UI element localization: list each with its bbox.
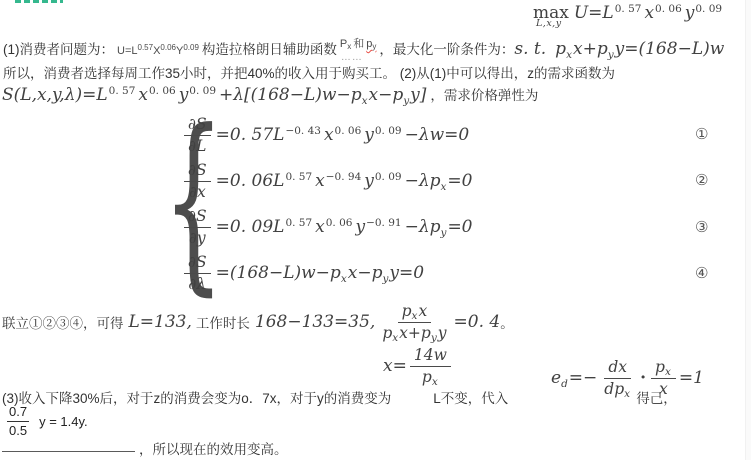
fraction-denominator: px [418, 367, 443, 387]
equation-2: ∂S∂x =0. 06L0. 57x−0. 94y0. 09−λpx=0 [181, 160, 472, 202]
lagrangian-line: S(L,x,y,λ)=L0. 57x0. 06y0. 09+λ[(168−L)w… [2, 84, 538, 105]
superscript: 0. 09 [375, 171, 402, 183]
subscript: y [382, 273, 388, 285]
math-fragment: x+p [399, 324, 431, 342]
elasticity-lhs: ed=− [551, 368, 597, 388]
math-fragment: U=L [117, 45, 138, 57]
objective-function: maxL,x,yU=L0. 57x0. 06y0. 09 [533, 3, 723, 23]
math-fragment: x [324, 125, 334, 145]
paragraph-1-tail: ，最大化一阶条件为： [379, 38, 514, 58]
utility-inline-formula: U=L0.57X0.06Y0.09 [117, 45, 199, 57]
page-right-edge [745, 0, 751, 460]
blank-underline [2, 451, 135, 452]
subscript: y [608, 49, 614, 61]
math-fragment: x [418, 302, 427, 320]
subscript: x [441, 181, 447, 193]
fraction-numerator: ∂S [184, 115, 211, 136]
paragraph-1-lead: (1)消费者问题为： [3, 38, 114, 58]
expenditure-share-fraction: pxx pxx+pyy [378, 302, 450, 342]
math-fragment: x [315, 217, 325, 237]
math-fragment: y [364, 125, 374, 145]
superscript: 0.57 [138, 43, 154, 52]
subscript: y [431, 332, 437, 344]
superscript: −0. 43 [285, 125, 321, 137]
math-fragment: x [138, 85, 148, 105]
equation-body: =0. 09L0. 57x0. 06y−0. 91−λpy=0 [216, 217, 473, 237]
fraction-numerator: ∂S [184, 161, 211, 182]
superscript: −0. 91 [366, 217, 402, 229]
subscript: y [403, 95, 409, 107]
ratio-fraction: 0.70.5 [5, 404, 31, 438]
math-fragment: x+p [573, 39, 608, 59]
math-fragment: p [382, 324, 392, 342]
fraction-numerator: 0.7 [7, 404, 29, 422]
fraction-denominator: 0.5 [5, 422, 31, 439]
equation-tag-3: ③ [695, 218, 708, 236]
x-demand-fraction: 14w px [410, 346, 451, 386]
math-fragment: =− [569, 368, 598, 388]
x-demand-formula: x= 14w px [383, 344, 454, 388]
equation-tag-4: ④ [695, 264, 708, 282]
superscript: 0. 06 [655, 3, 682, 15]
lagrangian-tail-text: ，需求价格弹性为 [430, 84, 538, 104]
final-text: ，所以现在的效用变高。 [139, 438, 288, 458]
subscript: x [341, 273, 347, 285]
equation-body: =0. 57L−0. 43x0. 06y0. 09−λw=0 [216, 125, 470, 145]
superscript: 0. 06 [326, 217, 353, 229]
math-fragment: p [422, 368, 432, 386]
fraction-denominator: ∂λ [184, 274, 210, 294]
math-fragment: −λw=0 [405, 125, 470, 145]
subscript: x [392, 332, 398, 344]
superscript: 0. 57 [109, 85, 136, 97]
clipped-text-fragment [15, 0, 63, 3]
math-fragment: x [644, 3, 654, 23]
equation-3: ∂S∂y =0. 09L0. 57x0. 06y−0. 91−λpy=0 [181, 206, 473, 248]
subscript: y [372, 42, 376, 51]
math-fragment: =0. 4 [454, 312, 501, 332]
math-fragment: x−p [348, 263, 383, 283]
math-fragment: e [551, 368, 561, 388]
math-fragment: y [685, 3, 695, 23]
paragraph-3-text-2: L不变，代入 [433, 387, 508, 407]
superscript: 0. 06 [335, 125, 362, 137]
subscript: y [441, 227, 447, 239]
partial-fraction: ∂S∂y [184, 207, 211, 247]
subscript: x [566, 49, 572, 61]
math-fragment: S(L,x,y,λ)=L [2, 85, 108, 105]
st-operator: s. t. [514, 39, 546, 59]
math-fragment: x [315, 171, 325, 191]
math-fragment: −λp [405, 217, 441, 237]
math-fragment: 168−133=35, [255, 312, 375, 332]
paragraph-3: (3)收入下降30%后，对于z的消费会变为o．7x，对于y的消费变为 L不变，代… [2, 387, 677, 407]
period: 。 [500, 312, 514, 332]
equation-body: =(168−L)w−pxx−pyy=0 [216, 263, 424, 283]
paragraph-1: (1)消费者问题为： U=L0.57X0.06Y0.09 构造拉格朗日辅助函数 … [3, 38, 724, 59]
fraction-numerator: px [651, 358, 676, 379]
max-subscript: L,x,y [536, 18, 562, 29]
superscript: 0. 09 [695, 3, 722, 15]
conclusion-mid: 工作时长 [196, 312, 250, 332]
superscript: 0. 57 [285, 217, 312, 229]
math-fragment: L=133, [129, 312, 192, 332]
math-fragment: =0. 06L [216, 171, 285, 191]
superscript: 0. 57 [285, 171, 312, 183]
fraction-numerator: 14w [410, 346, 451, 367]
math-fragment: =0 [447, 217, 472, 237]
partial-fraction: ∂S∂λ [184, 253, 211, 293]
fraction-denominator: pxx+pyy [378, 323, 450, 343]
equation-body: =0. 06L0. 57x−0. 94y0. 09−λpx=0 [216, 171, 473, 191]
math-fragment: =0 [447, 171, 472, 191]
constraint-formula: s. t.pxx+pyy=(168−L)w [514, 39, 724, 59]
fraction-denominator: ∂L [184, 136, 210, 156]
equation-4: ∂S∂λ =(168−L)w−pxx−pyy=0 [181, 252, 424, 294]
math-fragment: y=0 [389, 263, 424, 283]
conclusion-line: 联立①②③④，可得 L=133, 工作时长 168−133=35, pxx px… [2, 300, 514, 344]
partial-fraction: ∂S∂x [184, 161, 211, 201]
math-fragment: p [402, 302, 412, 320]
fraction-numerator: pxx [398, 302, 432, 323]
math-fragment: p [655, 358, 665, 376]
superscript: 0. 09 [375, 125, 402, 137]
fraction-denominator: ∂y [185, 228, 210, 248]
and-word: 和 [353, 38, 364, 50]
fraction-numerator: ∂S [184, 207, 211, 228]
paragraph-3-text-3: 得己， [636, 387, 677, 407]
superscript: 0.06 [160, 43, 176, 52]
math-fragment: x= [383, 356, 407, 376]
subscript: x [347, 42, 351, 51]
multiplication-dot: · [640, 368, 646, 388]
ratio-line: 0.70.5 y = 1.4y. [2, 403, 88, 439]
px-py-raised: Px和py [340, 38, 376, 50]
math-fragment: =0. 57L [216, 125, 285, 145]
fraction-numerator: ∂S [184, 253, 211, 274]
math-fragment: U=L [574, 3, 614, 23]
math-fragment: =(168−L)w−p [216, 263, 341, 283]
equation-tag-1: ① [695, 125, 708, 143]
math-fragment: +λ[(168−L)w−p [219, 85, 362, 105]
subscript: x [665, 366, 671, 378]
superscript: −0. 94 [326, 171, 362, 183]
subscript: x [362, 95, 368, 107]
math-fragment: y [355, 217, 365, 237]
partial-fraction: ∂S∂L [184, 115, 211, 155]
math-fragment: y=(168−L)w [615, 39, 725, 59]
math-fragment: y] [410, 85, 426, 105]
subscript: x [412, 310, 418, 322]
conclusion-lead: 联立①②③④，可得 [2, 312, 124, 332]
math-fragment: y [438, 324, 447, 342]
paragraph-2: 所以，消费者选择每周工作35小时，并把40%的收入用于购买工。 (2)从(1)中… [3, 62, 615, 82]
answer-page: maxL,x,yU=L0. 57x0. 06y0. 09 (1)消费者问题为： … [0, 0, 751, 460]
math-fragment: x−p [369, 85, 404, 105]
math-fragment: =0. 09L [216, 217, 285, 237]
superscript: 0.09 [183, 43, 199, 52]
math-fragment: =1 [679, 368, 704, 388]
px-py-annotation: Px和py …… [340, 42, 376, 58]
math-fragment: −λp [405, 171, 441, 191]
superscript: 0. 57 [615, 3, 642, 15]
fraction-denominator: ∂x [185, 182, 210, 202]
math-fragment: p [555, 39, 566, 59]
math-fragment: y [364, 171, 374, 191]
ratio-result-text: y = 1.4y. [39, 414, 88, 429]
paragraph-1-mid: 构造拉格朗日辅助函数 [202, 38, 337, 58]
equation-tag-2: ② [695, 171, 708, 189]
fraction-numerator: dx [604, 358, 631, 379]
equation-1: ∂S∂L =0. 57L−0. 43x0. 06y0. 09−λw=0 [181, 114, 469, 156]
spellcheck-underlined: py [366, 38, 376, 50]
max-operator: maxL,x,y [533, 3, 569, 23]
